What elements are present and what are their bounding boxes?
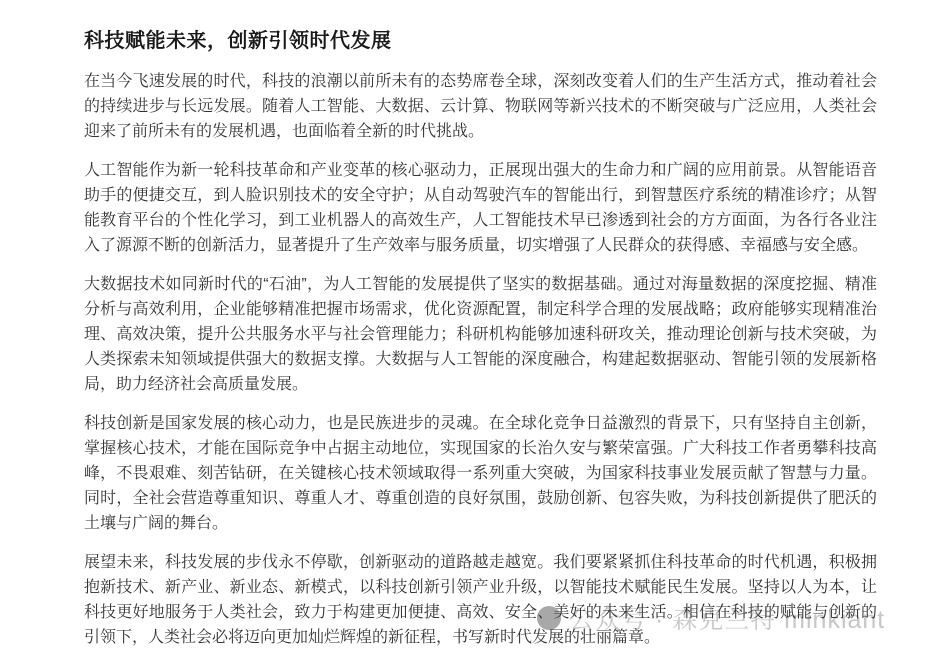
body-paragraph: 大数据技术如同新时代的“石油”，为人工智能的发展提供了坚实的数据基础。通过对海量… <box>84 272 877 397</box>
body-paragraph: 展望未来，科技发展的步伐永不停歇，创新驱动的道路越走越宽。我们要紧紧抓住科技革命… <box>84 550 877 650</box>
body-paragraph: 人工智能作为新一轮科技革命和产业变革的核心驱动力，正展现出强大的生命力和广阔的应… <box>84 158 877 258</box>
body-paragraph: 在当今飞速发展的时代，科技的浪潮以前所未有的态势席卷全球，深刻改变着人们的生产生… <box>84 69 877 144</box>
document-page: 科技赋能未来，创新引领时代发展 在当今飞速发展的时代，科技的浪潮以前所未有的态势… <box>0 0 931 658</box>
page-title: 科技赋能未来，创新引领时代发展 <box>84 28 877 54</box>
body-paragraph: 科技创新是国家发展的核心动力，也是民族进步的灵魂。在全球化竞争日益激烈的背景下，… <box>84 411 877 536</box>
